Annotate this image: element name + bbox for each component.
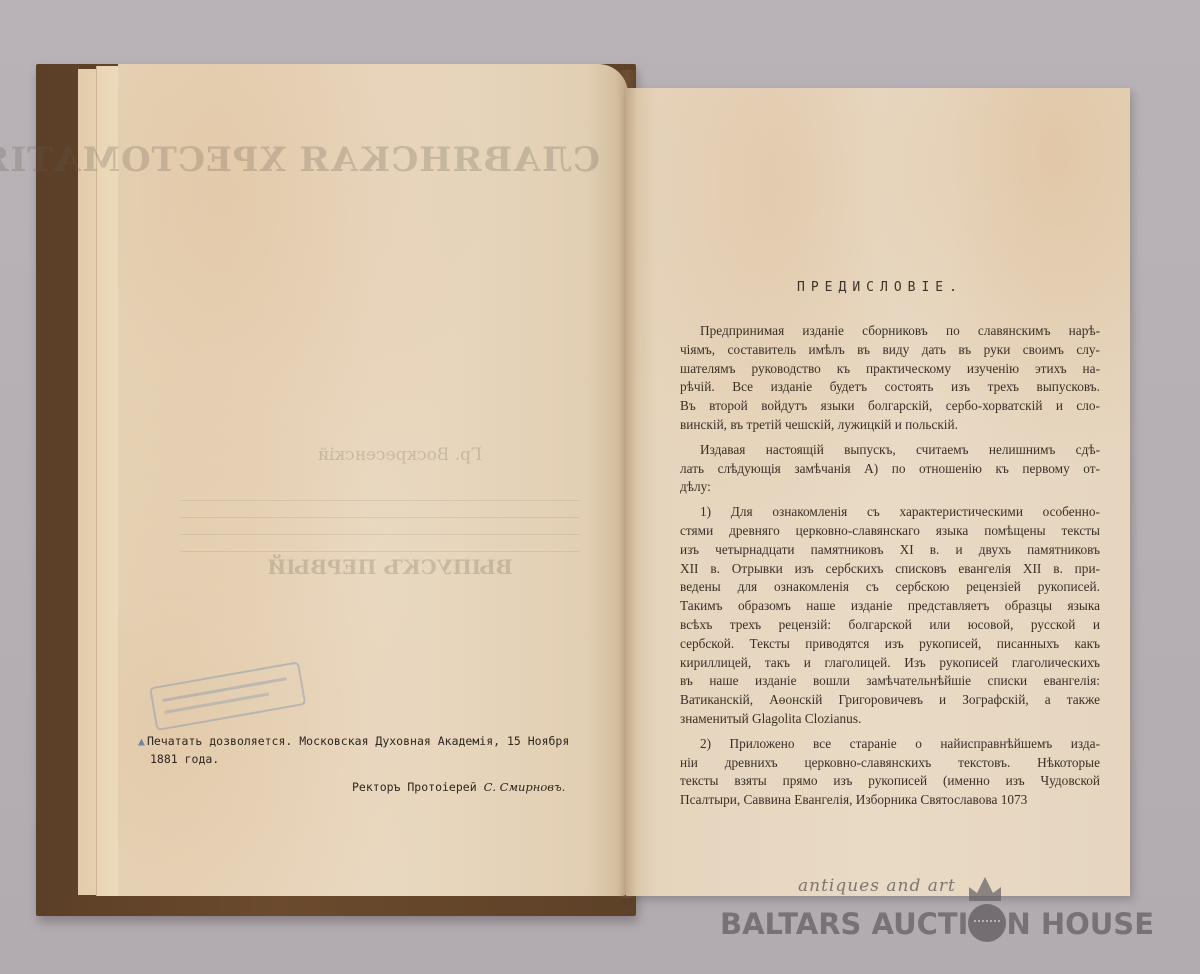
text-line: стями древняго церковно-славянскаго язык… xyxy=(680,522,1100,541)
text-line: всѣхъ трехъ рецензій: болгарской или юсо… xyxy=(680,616,1100,635)
imprimatur-text: ▲Печатать дозволяется. Московская Духовн… xyxy=(150,732,620,768)
text-line: изъ четырнадцати памятниковъ XI в. и дву… xyxy=(680,541,1100,560)
watermark-name: BALTARS AUCTIN HOUSE xyxy=(720,904,1154,942)
preface-paragraph: Издавая настоящій выпускъ, считаемъ нели… xyxy=(680,441,1100,497)
text-line: чіямъ, составитель имѣлъ въ виду дать въ… xyxy=(680,341,1100,360)
text-line: шателямъ руководство къ практическому из… xyxy=(680,360,1100,379)
text-line: кириллицей, такъ и глаголицей. Изъ рукоп… xyxy=(680,654,1100,673)
text-line: знаменитый Glagolita Clozianus. xyxy=(680,710,1100,729)
text-line: 2) Приложено все стараніе о найисправнѣй… xyxy=(680,735,1100,754)
preface-body: Предпринимая изданіе сборниковъ по славя… xyxy=(680,322,1100,816)
text-line: Предпринимая изданіе сборниковъ по славя… xyxy=(680,322,1100,341)
text-line: Такимъ образомъ наше изданіе представляе… xyxy=(680,597,1100,616)
left-page xyxy=(118,64,628,896)
preface-paragraph: Предпринимая изданіе сборниковъ по славя… xyxy=(680,322,1100,435)
book-gutter xyxy=(616,70,638,898)
globe-icon xyxy=(968,904,1006,942)
text-line: дѣлу: xyxy=(680,478,1100,497)
preface-heading: ПРЕДИСЛОВІЕ. xyxy=(640,280,1120,295)
preface-paragraph: 1) Для ознакомленія съ характеристически… xyxy=(680,503,1100,729)
text-line: сербской. Тексты приводятся изъ рукописе… xyxy=(680,635,1100,654)
text-line: ведены для ознакомленія съ сербскою реце… xyxy=(680,578,1100,597)
rector-signature: Ректоръ Протоіерей С. Смирновъ. xyxy=(352,780,612,794)
show-through-author: Гр. Воскресенскій xyxy=(240,445,560,465)
text-line: рѣчій. Все изданіе будетъ состоять изъ т… xyxy=(680,378,1100,397)
text-line: лать слѣдующія замѣчанія А) по отношенію… xyxy=(680,460,1100,479)
show-through-title: СЛАВЯНСКАЯ ХРЕСТОМАТІЯ xyxy=(200,140,600,180)
crown-icon xyxy=(967,875,1003,903)
preface-paragraph: 2) Приложено все стараніе о найисправнѣй… xyxy=(680,735,1100,810)
text-line: Псалтыри, Саввина Евангелія, Изборника С… xyxy=(680,791,1100,810)
watermark-tagline: antiques and art xyxy=(798,876,956,896)
stamp-mark-icon: ▲ xyxy=(138,734,145,748)
text-line: Издавая настоящій выпускъ, считаемъ нели… xyxy=(680,441,1100,460)
text-line: ніи древнихъ церковно-славянскихъ тексто… xyxy=(680,754,1100,773)
text-line: Въ второй войдутъ языки болгарскій, серб… xyxy=(680,397,1100,416)
auction-house-watermark: antiques and art BALTARS AUCTIN HOUSE xyxy=(720,872,1150,952)
text-line: 1) Для ознакомленія съ характеристически… xyxy=(680,503,1100,522)
text-line: Ватиканскій, Аѳонскій Григоровичевъ и Зо… xyxy=(680,691,1100,710)
text-line: XII в. Отрывки изъ сербскихъ списковъ ев… xyxy=(680,560,1100,579)
show-through-issue: ВЫПУСКЪ ПЕРВЫЙ xyxy=(240,555,540,579)
text-line: тексты взяты прямо изъ рукописей (именно… xyxy=(680,772,1100,791)
photo-scene: СЛАВЯНСКАЯ ХРЕСТОМАТІЯ Гр. Воскресенскій… xyxy=(0,0,1200,974)
text-line: винскій, въ третій чешскій, лужицкій и п… xyxy=(680,416,1100,435)
text-line: въ наше изданіе вошли замѣчательнѣйшіе с… xyxy=(680,672,1100,691)
